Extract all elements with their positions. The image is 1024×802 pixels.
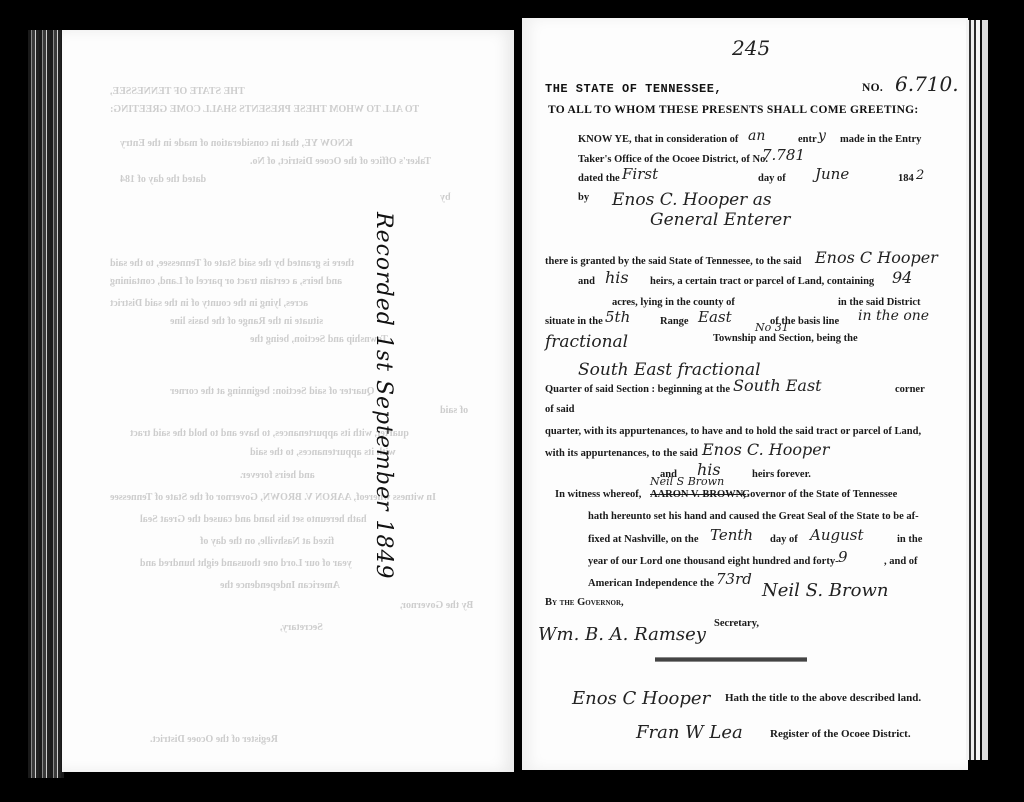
text-line: fixed at Nashville, on the <box>588 534 699 545</box>
by-the-governor: By the Governor, <box>545 597 624 608</box>
ghost-line: American Independence the <box>220 580 340 591</box>
text-line: American Independence the <box>588 578 714 589</box>
ghost-line: there is granted by the said State of Te… <box>110 258 354 269</box>
text-line: of said <box>545 404 574 415</box>
text-line: day of <box>770 534 798 545</box>
sealing-year-digit: 9 <box>838 548 848 566</box>
grantee-name: Enos C Hooper <box>815 248 938 267</box>
text-line: Quarter of said Section : beginning at t… <box>545 384 730 395</box>
text-line: and <box>578 276 595 287</box>
sealing-month: August <box>810 526 863 544</box>
ghost-line: Taker's Office of the Ocoee District, of… <box>250 156 431 167</box>
ghost-line: of said <box>440 405 468 416</box>
text-line: Range <box>660 316 689 327</box>
book-gutter <box>514 20 522 780</box>
secretary-signature: Wm. B. A. Ramsey <box>538 624 706 645</box>
ghost-line: KNOW YE, that in consideration of made i… <box>120 138 353 149</box>
ghost-line: Secretary, <box>280 622 323 633</box>
left-page-stack-edge <box>28 30 64 778</box>
governor-name-correction: Neil S Brown <box>650 475 724 488</box>
text-line: day of <box>758 173 786 184</box>
ghost-line: and heirs forever. <box>240 470 315 481</box>
handwritten-year-digit: 2 <box>916 168 924 183</box>
secretary-label: Secretary, <box>714 618 759 629</box>
text-line: year of our Lord one thousand eight hund… <box>588 556 839 567</box>
document-title: THE STATE OF TENNESSEE, <box>545 82 722 96</box>
handwritten-day: First <box>622 165 658 183</box>
ghost-line: Quarter of said Section: beginning at th… <box>170 386 375 397</box>
range-number: 5th <box>605 308 630 326</box>
ghost-line: year of our Lord one thousand eight hund… <box>140 558 352 569</box>
ghost-line: Register of the Ocoee District. <box>150 734 278 745</box>
ghost-line: and heirs, a certain tract or parcel of … <box>110 276 342 287</box>
divider-rule <box>655 657 807 662</box>
ghost-title: THE STATE OF TENNESSEE, <box>110 86 245 97</box>
text-line: Governor of the State of Tennessee <box>742 489 897 500</box>
text-line: KNOW YE, that in consideration of <box>578 134 738 145</box>
text-line: In witness whereof, <box>555 489 641 500</box>
greeting: TO ALL TO WHOM THESE PRESENTS SHALL COME… <box>548 104 919 116</box>
text-line: entr <box>798 134 817 145</box>
beginning-corner: South East <box>733 376 822 395</box>
handwritten-field: an <box>748 128 765 144</box>
title-holder-text: Hath the title to the above described la… <box>725 692 921 704</box>
ghost-greeting: TO ALL TO WHOM THESE PRESENTS SHALL COME… <box>110 104 419 115</box>
handwritten-pronoun: his <box>605 268 629 287</box>
text-line: there is granted by the said State of Te… <box>545 256 801 267</box>
text-line: 184 <box>898 173 914 184</box>
ghost-line: hath hereunto set his hand and caused th… <box>140 514 367 525</box>
recorded-date-annotation: Recorded 1st September 1849 <box>352 212 412 592</box>
entry-number: 7.781 <box>762 146 805 164</box>
enterer-title: General Enterer <box>650 210 790 230</box>
text-line: quarter, with its appurtenances, to have… <box>545 426 921 437</box>
text-line: made in the Entry <box>840 134 921 145</box>
register-signature: Fran W Lea <box>636 722 743 743</box>
basis-line-note: in the one <box>858 308 929 324</box>
register-text: Register of the Ocoee District. <box>770 728 911 740</box>
page-number: 245 <box>732 36 770 60</box>
text-line: with its appurtenances, to the said <box>545 448 698 459</box>
range-direction: East <box>698 308 732 326</box>
grantee-name-repeat: Enos C. Hooper <box>702 440 829 459</box>
struck-governor-name: AARON V. BROWN, <box>650 489 746 500</box>
handwritten-field: y <box>818 128 826 144</box>
text-line: hath hereunto set his hand and caused th… <box>588 511 919 522</box>
sealing-day: Tenth <box>710 526 753 544</box>
text-line: heirs, a certain tract or parcel of Land… <box>650 276 874 287</box>
text-line: corner <box>895 384 925 395</box>
text-line: in the said District <box>838 297 921 308</box>
text-line: Township and Section, being the <box>713 333 858 344</box>
text-line: heirs forever. <box>752 469 811 480</box>
text-line: in the <box>897 534 922 545</box>
ghost-line: situate in the Range of the basis line <box>170 316 323 327</box>
handwritten-month: June <box>815 165 849 183</box>
open-ledger-book: THE STATE OF TENNESSEE, TO ALL TO WHOM T… <box>0 0 1024 802</box>
governor-signature: Neil S. Brown <box>762 580 888 601</box>
ghost-line: by <box>440 192 451 203</box>
right-page-stack-edge <box>966 20 988 760</box>
text-line: dated the <box>578 173 620 184</box>
ghost-line: dated the day of 184 <box>120 174 206 185</box>
text-line: Taker's Office of the Ocoee District, of… <box>578 154 768 165</box>
text-line: , and of <box>884 556 918 567</box>
ghost-line: fixed at Nashville, on the day of <box>200 536 334 547</box>
grant-number-label: NO. <box>862 82 883 94</box>
township-type: fractional <box>545 332 628 352</box>
acreage: 94 <box>892 268 912 287</box>
ghost-line: By the Governor, <box>400 600 473 611</box>
enterer-name: Enos C. Hooper as <box>612 190 772 210</box>
text-line: by <box>578 192 589 203</box>
independence-year: 73rd <box>716 570 752 588</box>
ghost-line: acres, lying in the county of in the sai… <box>110 298 308 309</box>
text-line: acres, lying in the county of <box>612 297 735 308</box>
text-line: situate in the <box>545 316 603 327</box>
title-holder-signature: Enos C Hooper <box>572 688 710 709</box>
grant-number-value: 6.710. <box>895 72 959 96</box>
